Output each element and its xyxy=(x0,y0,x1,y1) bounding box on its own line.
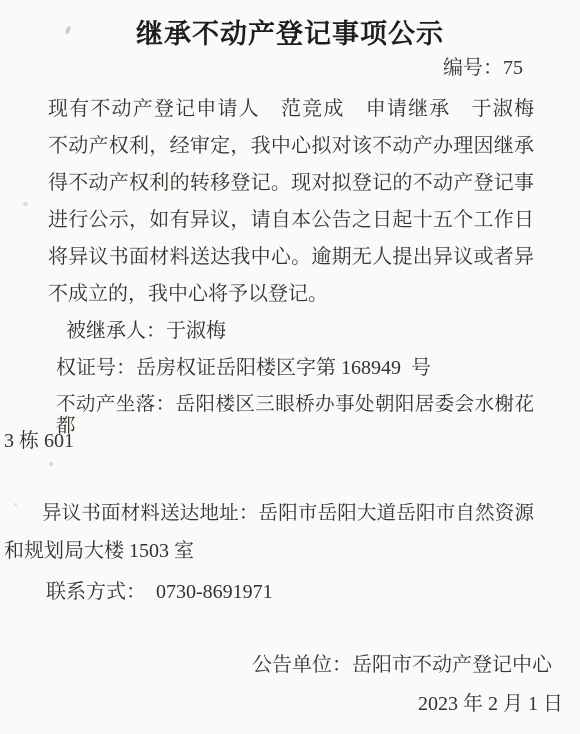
contact-phone-line: 联系方式： 0730-8691971 xyxy=(46,581,273,604)
body-line-4: 进行公示，如有异议，请自本公告之日起十五个工作日内 xyxy=(48,202,534,239)
objection-address-line-1: 异议书面材料送达地址：岳阳市岳阳大道岳阳市自然资源 xyxy=(42,503,534,525)
document-number: 编号：75 xyxy=(443,57,523,80)
announcement-body: 现有不动产登记申请人 范竞成 申请继承 于淑梅 的 不动产权利，经审定，我中心拟… xyxy=(48,91,534,313)
announcement-document: 继承不动产登记事项公示 编号：75 现有不动产登记申请人 范竞成 申请继承 于淑… xyxy=(0,0,580,734)
issuing-authority-line: 公告单位：岳阳市不动产登记中心 xyxy=(252,654,552,677)
decedent-line: 被继承人：于淑梅 xyxy=(66,320,226,343)
body-line-3: 得不动产权利的转移登记。现对拟登记的不动产登记事项 xyxy=(48,165,534,202)
certificate-number-line: 权证号：岳房权证岳阳楼区字第 168949 号 xyxy=(56,357,431,380)
scan-artifact-speck xyxy=(14,503,17,506)
scan-artifact-speck xyxy=(49,462,53,466)
body-line-1: 现有不动产登记申请人 范竞成 申请继承 于淑梅 的 xyxy=(48,91,534,128)
document-title: 继承不动产登记事项公示 xyxy=(0,12,580,51)
scan-artifact-speck xyxy=(22,201,28,207)
objection-address-line-2: 和规划局大楼 1503 室 xyxy=(4,540,194,563)
body-line-2: 不动产权利，经审定，我中心拟对该不动产办理因继承取 xyxy=(48,128,534,165)
property-location-continuation: 3 栋 601 xyxy=(4,430,74,453)
announcement-date-line: 2023 年 2 月 1 日 xyxy=(418,693,563,716)
body-line-5: 将异议书面材料送达我中心。逾期无人提出异议或者异议 xyxy=(48,239,534,276)
property-location-line: 不动产坐落：岳阳楼区三眼桥办事处朝阳居委会水榭花都 xyxy=(56,394,534,439)
body-line-6: 不成立的，我中心将予以登记。 xyxy=(48,276,534,313)
